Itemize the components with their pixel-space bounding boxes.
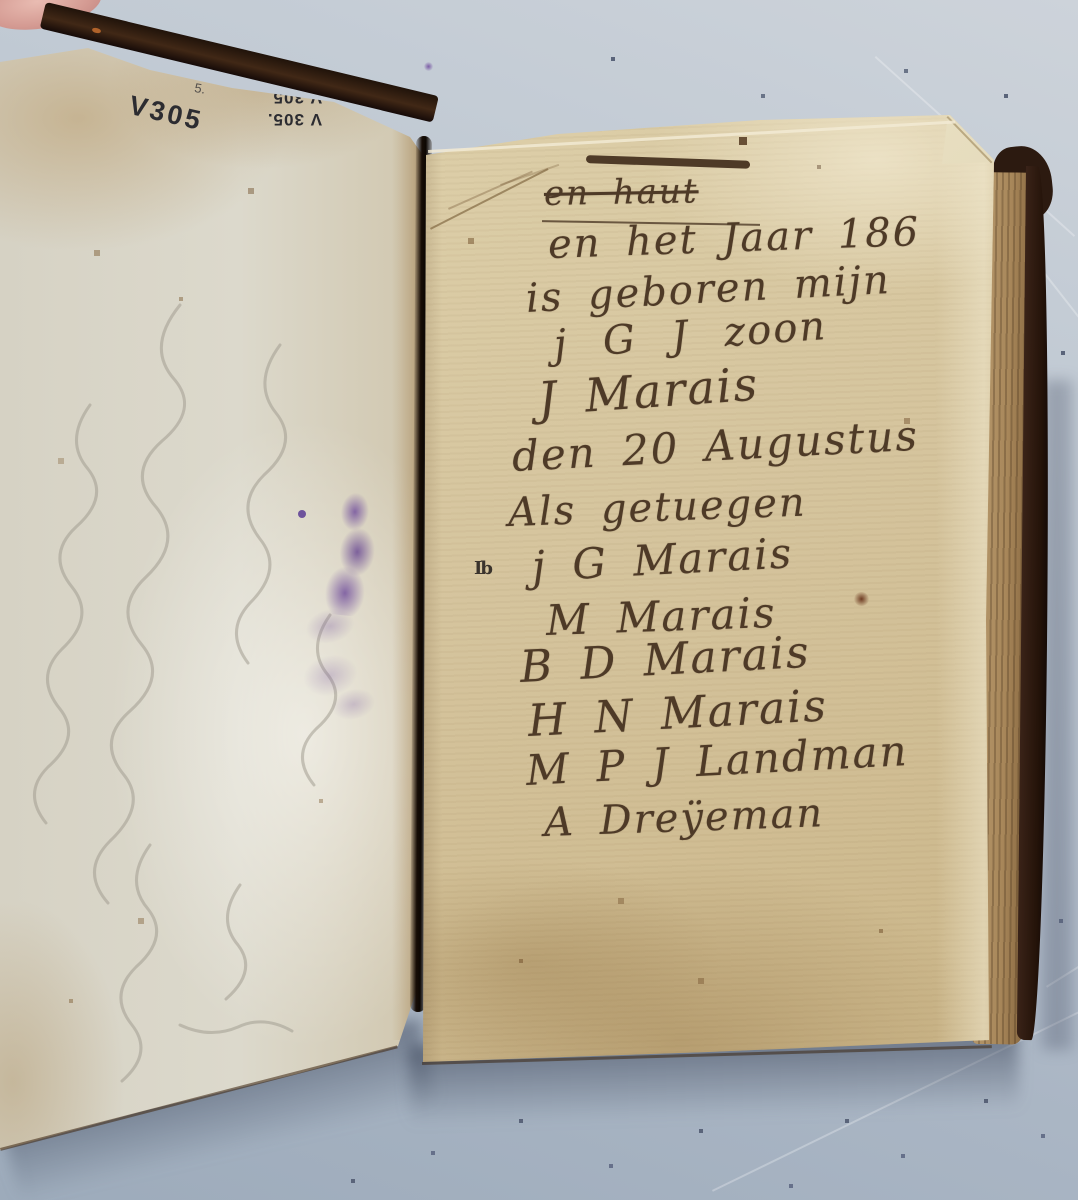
shelf-mark-small: 5. (193, 80, 206, 97)
book-photograph: V305 5. V 305. V 305 Ib en haut en het J… (0, 0, 1078, 1200)
left-endpaper: V305 5. V 305. V 305 (0, 40, 435, 1160)
handwriting-line: j G Marais (531, 528, 795, 591)
shelf-mark: V305 (126, 90, 206, 137)
handwriting-line: A Dreÿeman (543, 790, 825, 846)
ink-blot (854, 592, 869, 606)
handwriting-line: J Marais (536, 357, 761, 426)
handwriting-struck-word: en haut (544, 171, 699, 214)
purple-ink-dot (424, 62, 433, 71)
paper-flecks (0, 40, 2, 42)
shelf-mark-inverted-line: V 305. (246, 108, 322, 130)
margin-mark: Ib (474, 558, 491, 579)
ink-dash (590, 157, 750, 167)
handwriting-line: Als getuegen (507, 480, 807, 536)
scratch-line (430, 168, 548, 229)
purple-ink-dot (298, 510, 306, 518)
right-page: Ib en haut en het Jaar 186 is geboren mi… (408, 100, 1008, 1080)
